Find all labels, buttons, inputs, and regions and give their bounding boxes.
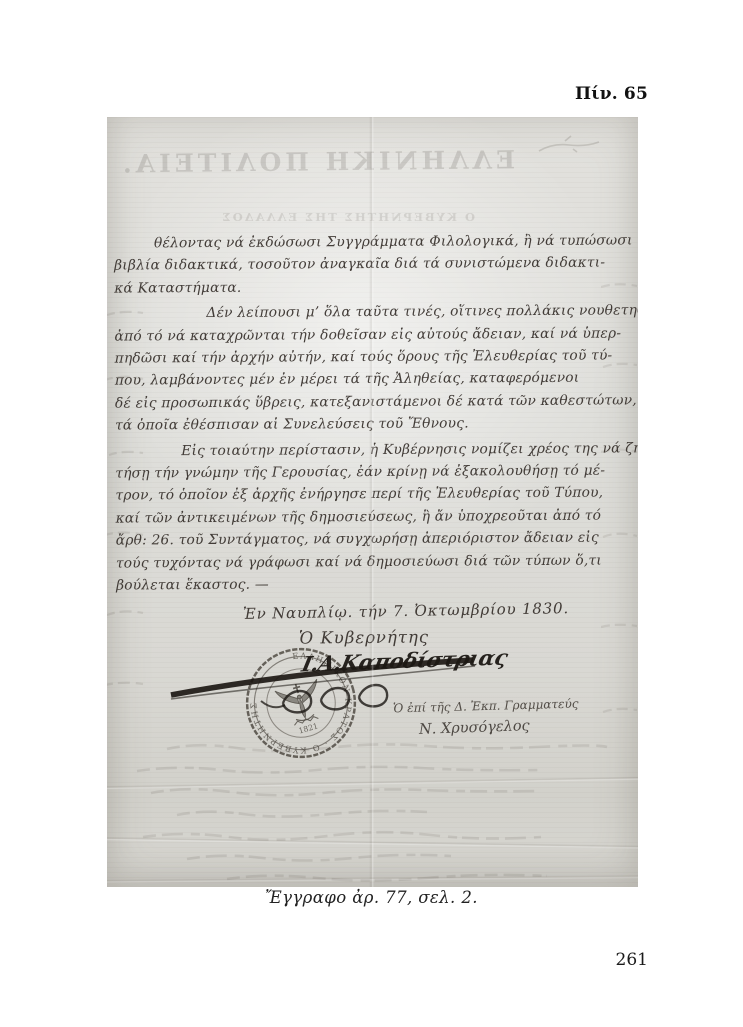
manuscript-line: ἄρθ: 26. τοῦ Συντάγματος, νά συγχωρήσῃ ἀ… — [116, 527, 636, 553]
manuscript-line: ἀπό τό νά καταχρῶνται τήν δοθεῖσαν εἰς α… — [114, 322, 634, 348]
manuscript-line: κά Καταστήματα. — [114, 274, 634, 300]
manuscript-line: Δέν λείπουσι μ’ ὅλα ταῦτα τινές, οἵτινες… — [114, 300, 634, 326]
manuscript-line: τρον, τό ὁποῖον ἐξ ἀρχῆς ἐνήργησε περί τ… — [115, 482, 635, 508]
manuscript-line: τά ὁποῖα ἐθέσπισαν αἱ Συνελεύσεις τοῦ Ἔθ… — [115, 412, 635, 438]
letterhead-bleedthrough-line2: Ο ΚΥΒΕΡΝΗΤΗΣ ΤΗΣ ΕΛΛΑΔΟΣ — [245, 210, 475, 224]
secretary-name: Ν. Χρυσόγελος — [419, 718, 530, 738]
letterhead-bleedthrough-line1: ΕΛΛΗΝΙΚΗ ΠΟΛΙΤΕΙΑ. — [195, 145, 515, 177]
manuscript-photo: ΕΛΛΗΝΙΚΗ ΠΟΛΙΤΕΙΑ. Ο ΚΥΒΕΡΝΗΤΗΣ ΤΗΣ ΕΛΛΑ… — [107, 117, 638, 887]
plate-label: Πίν. 65 — [575, 84, 648, 104]
vertical-fold-crease — [369, 117, 374, 887]
manuscript-line: βούλεται ἕκαστος. — — [116, 572, 636, 598]
manuscript-line: βιβλία διδακτικά, τοσοῦτον ἀναγκαῖα διά … — [114, 252, 634, 278]
page-number: 261 — [616, 950, 648, 970]
left-margin-bleed-icon — [107, 285, 145, 725]
manuscript-body: θέλοντας νά ἐκδώσωσι Συγγράμματα Φιλολογ… — [114, 229, 636, 597]
dateline: Ἐν Ναυπλίῳ. τήν 7. Ὀκτωμβρίου 1830. — [243, 599, 569, 623]
book-page: { "page": { "plate_label": "Πίν. 65", "c… — [0, 0, 743, 1027]
manuscript-line: τήσῃ τήν γνώμην τῆς Γερουσίας, ἐάν κρίνῃ… — [115, 459, 635, 485]
manuscript-line: καί τῶν ἀντικειμένων τῆς δημοσιεύσεως, ἢ… — [116, 504, 636, 530]
manuscript-line: Εἰς τοιαύτην περίστασιν, ἡ Κυβέρνησις νο… — [115, 437, 635, 463]
manuscript-line: που, λαμβάνοντες μέν ἐν μέρει τά τῆς Ἀλη… — [115, 367, 635, 393]
right-margin-bleed-icon — [601, 247, 638, 767]
manuscript-line: πηδῶσι καί τήν ἀρχήν αὐτήν, καί τούς ὅρο… — [115, 344, 635, 370]
manuscript-line: τούς τυχόντας νά γράφωσι καί νά δημοσιεύ… — [116, 549, 636, 575]
manuscript-line: δέ εἰς προσωπικάς ὕβρεις, κατεξανιστάμεν… — [115, 389, 635, 415]
archival-mark-icon — [535, 133, 605, 159]
figure-caption: Ἔγγραφο ἀρ. 77, σελ. 2. — [0, 888, 743, 907]
